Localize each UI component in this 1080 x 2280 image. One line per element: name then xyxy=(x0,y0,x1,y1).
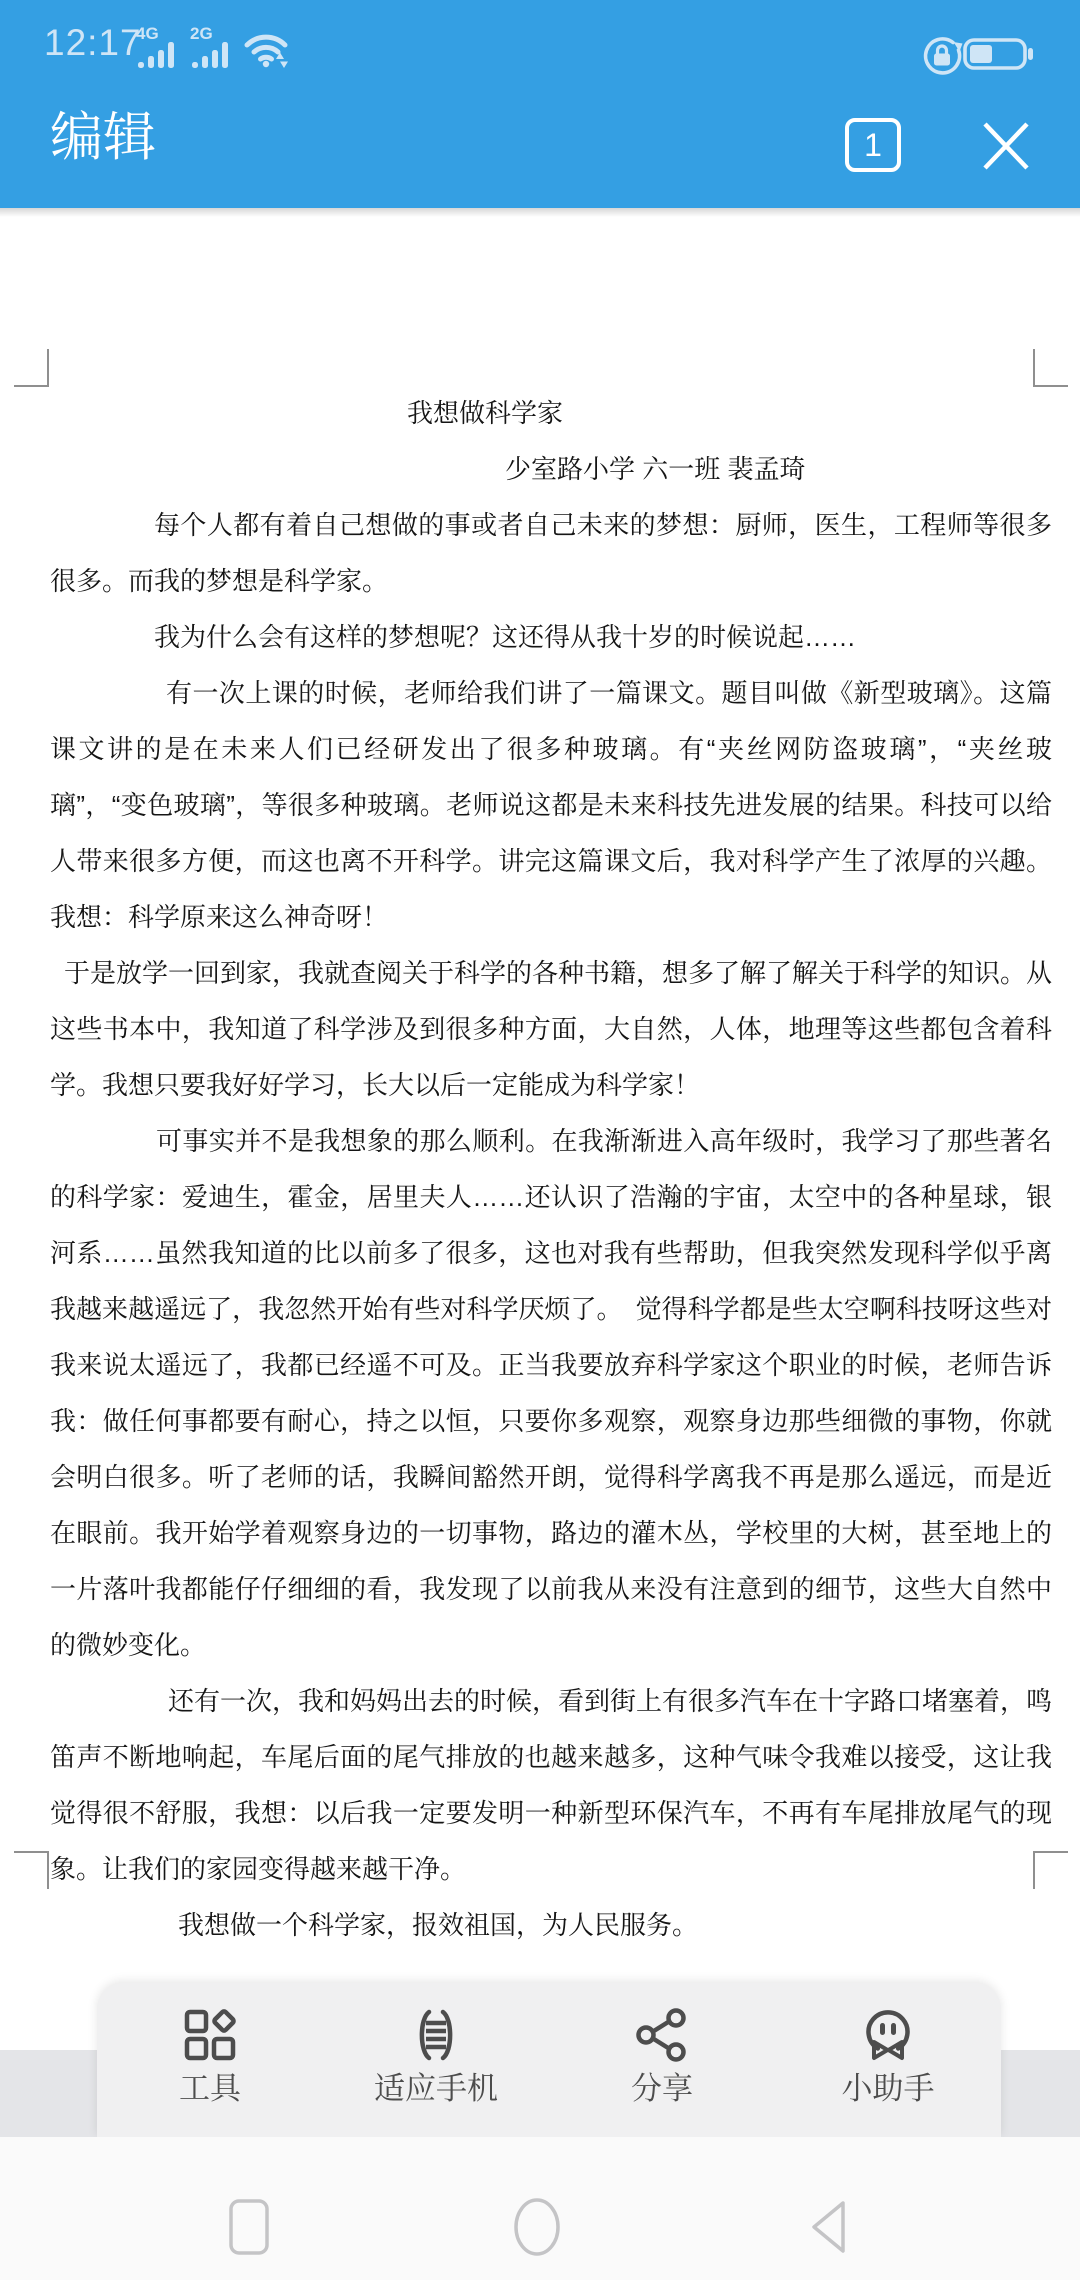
essay-paragraph: 还有一次，我和妈妈出去的时候，看到街上有很多汽车在十字路口堵塞着，鸣笛声不断地响… xyxy=(50,1673,1052,1897)
rotation-lock-icon xyxy=(920,34,964,78)
share-icon xyxy=(634,2007,690,2063)
page-count-badge[interactable]: 1 xyxy=(845,118,901,172)
svg-text:4G: 4G xyxy=(136,24,159,43)
bottom-toolbar: 工具 适应手机 分享 xyxy=(97,1983,1001,2137)
document-text[interactable]: 我想做科学家 少室路小学 六一班 裴孟琦 每个人都有着自己想做的事或者自己未来的… xyxy=(50,385,1052,1953)
margin-corner-mark xyxy=(1033,349,1068,387)
wifi-icon xyxy=(242,28,294,72)
header-shadow xyxy=(0,208,1080,217)
page-count-value: 1 xyxy=(864,127,882,164)
battery-icon xyxy=(962,34,1038,74)
clock: 12:17 xyxy=(44,22,142,64)
share-button[interactable]: 分享 xyxy=(549,1983,775,2137)
essay-paragraph: 每个人都有着自己想做的事或者自己未来的梦想：厨师，医生，工程师等很多很多。而我的… xyxy=(50,497,1052,609)
home-icon[interactable] xyxy=(512,2197,562,2257)
essay-paragraph: 于是放学一回到家，我就查阅关于科学的各种书籍，想多了解了解关于科学的知识。从这些… xyxy=(50,945,1052,1113)
essay-paragraph: 我为什么会有这样的梦想呢？这还得从我十岁的时候说起…… xyxy=(50,609,1052,665)
android-nav-bar xyxy=(0,2137,1080,2280)
fit-mobile-icon xyxy=(408,2007,464,2063)
recents-icon[interactable] xyxy=(227,2198,271,2256)
essay-paragraph: 我想做一个科学家，报效祖国，为人民服务。 xyxy=(50,1897,1052,1953)
margin-corner-mark xyxy=(14,1851,49,1889)
svg-text:2G: 2G xyxy=(190,24,213,43)
signal-bars-icon: 4G xyxy=(136,24,184,72)
essay-paragraph: 可事实并不是我想象的那么顺利。在我渐渐进入高年级时，我学习了那些著名的科学家：爱… xyxy=(50,1113,1052,1673)
page-title: 编辑 xyxy=(50,106,156,170)
tools-grid-icon xyxy=(182,2007,238,2063)
signal-bars-icon: 2G xyxy=(190,24,238,72)
margin-corner-mark xyxy=(14,349,49,387)
assistant-button[interactable]: 小助手 xyxy=(775,1983,1001,2137)
assistant-label: 小助手 xyxy=(842,2071,935,2107)
tools-label: 工具 xyxy=(179,2071,241,2107)
close-icon[interactable] xyxy=(978,120,1034,172)
essay-title: 我想做科学家 xyxy=(50,385,1052,441)
app-header: 12:17 4G 2G xyxy=(0,0,1080,208)
fit-mobile-button[interactable]: 适应手机 xyxy=(323,1983,549,2137)
back-icon[interactable] xyxy=(806,2199,850,2255)
document-page[interactable]: 我想做科学家 少室路小学 六一班 裴孟琦 每个人都有着自己想做的事或者自己未来的… xyxy=(0,208,1080,2050)
tools-button[interactable]: 工具 xyxy=(97,1983,323,2137)
document-area[interactable]: 我想做科学家 少室路小学 六一班 裴孟琦 每个人都有着自己想做的事或者自己未来的… xyxy=(0,208,1080,2137)
essay-byline: 少室路小学 六一班 裴孟琦 xyxy=(50,441,1052,497)
share-label: 分享 xyxy=(631,2071,693,2107)
screen: 12:17 4G 2G xyxy=(0,0,1080,2280)
fit-mobile-label: 适应手机 xyxy=(374,2071,498,2107)
assistant-icon xyxy=(860,2007,916,2063)
essay-paragraph: 有一次上课的时候，老师给我们讲了一篇课文。题目叫做《新型玻璃》。这篇课文讲的是在… xyxy=(50,665,1052,945)
